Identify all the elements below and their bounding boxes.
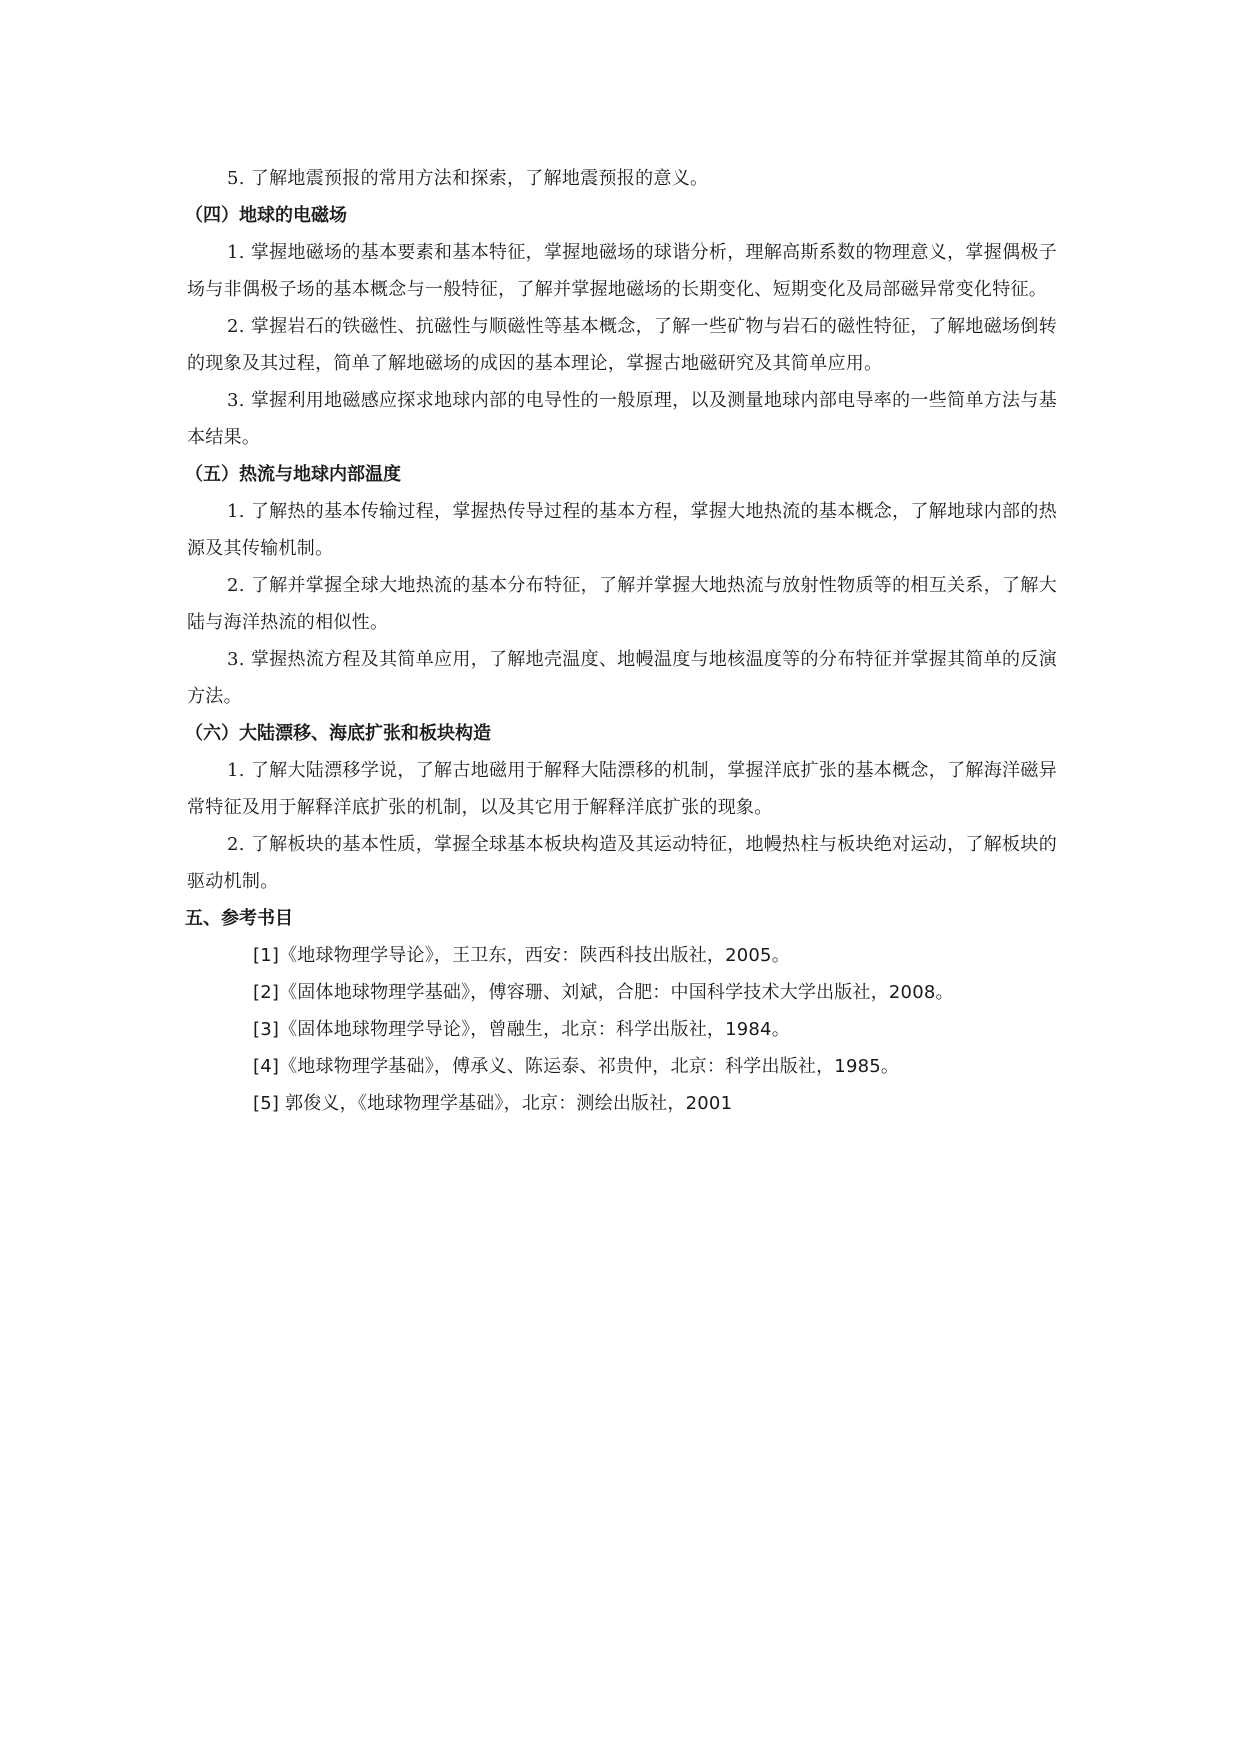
document-page: 5. 了解地震预报的常用方法和探索，了解地震预报的意义。 （四）地球的电磁场 1…: [187, 160, 1057, 1122]
references-heading: 五、参考书目: [185, 900, 1057, 937]
paragraph-item: 2. 了解板块的基本性质，掌握全球基本板块构造及其运动特征，地幔热柱与板块绝对运…: [187, 826, 1057, 900]
paragraph-item: 1. 了解热的基本传输过程，掌握热传导过程的基本方程，掌握大地热流的基本概念，了…: [187, 493, 1057, 567]
reference-item: [3]《固体地球物理学导论》，曾融生，北京：科学出版社，1984。: [187, 1011, 1057, 1048]
section-plate-tectonics: （六）大陆漂移、海底扩张和板块构造 1. 了解大陆漂移学说，了解古地磁用于解释大…: [187, 715, 1057, 900]
paragraph-item: 2. 了解并掌握全球大地热流的基本分布特征，了解并掌握大地热流与放射性物质等的相…: [187, 567, 1057, 641]
paragraph-item: 2. 掌握岩石的铁磁性、抗磁性与顺磁性等基本概念，了解一些矿物与岩石的磁性特征，…: [187, 308, 1057, 382]
section-heading: （四）地球的电磁场: [185, 197, 1057, 234]
section-electromagnetic-field: （四）地球的电磁场 1. 掌握地磁场的基本要素和基本特征，掌握地磁场的球谐分析，…: [187, 197, 1057, 456]
reference-item: [5] 郭俊义，《地球物理学基础》，北京：测绘出版社，2001: [187, 1085, 1057, 1122]
reference-item: [2]《固体地球物理学基础》，傅容珊、刘斌，合肥：中国科学技术大学出版社，200…: [187, 974, 1057, 1011]
section-heat-flow: （五）热流与地球内部温度 1. 了解热的基本传输过程，掌握热传导过程的基本方程，…: [187, 456, 1057, 715]
section-heading: （五）热流与地球内部温度: [185, 456, 1057, 493]
paragraph-item: 1. 了解大陆漂移学说，了解古地磁用于解释大陆漂移的机制，掌握洋底扩张的基本概念…: [187, 752, 1057, 826]
paragraph-item: 3. 掌握利用地磁感应探求地球内部的电导性的一般原理，以及测量地球内部电导率的一…: [187, 382, 1057, 456]
paragraph-item-5: 5. 了解地震预报的常用方法和探索，了解地震预报的意义。: [187, 160, 1057, 197]
section-heading: （六）大陆漂移、海底扩张和板块构造: [185, 715, 1057, 752]
paragraph-item: 1. 掌握地磁场的基本要素和基本特征，掌握地磁场的球谐分析，理解高斯系数的物理意…: [187, 234, 1057, 308]
reference-item: [4]《地球物理学基础》，傅承义、陈运泰、祁贵仲，北京：科学出版社，1985。: [187, 1048, 1057, 1085]
reference-item: [1]《地球物理学导论》，王卫东，西安：陕西科技出版社，2005。: [187, 937, 1057, 974]
references-section: 五、参考书目 [1]《地球物理学导论》，王卫东，西安：陕西科技出版社，2005。…: [187, 900, 1057, 1122]
paragraph-item: 3. 掌握热流方程及其简单应用，了解地壳温度、地幔温度与地核温度等的分布特征并掌…: [187, 641, 1057, 715]
